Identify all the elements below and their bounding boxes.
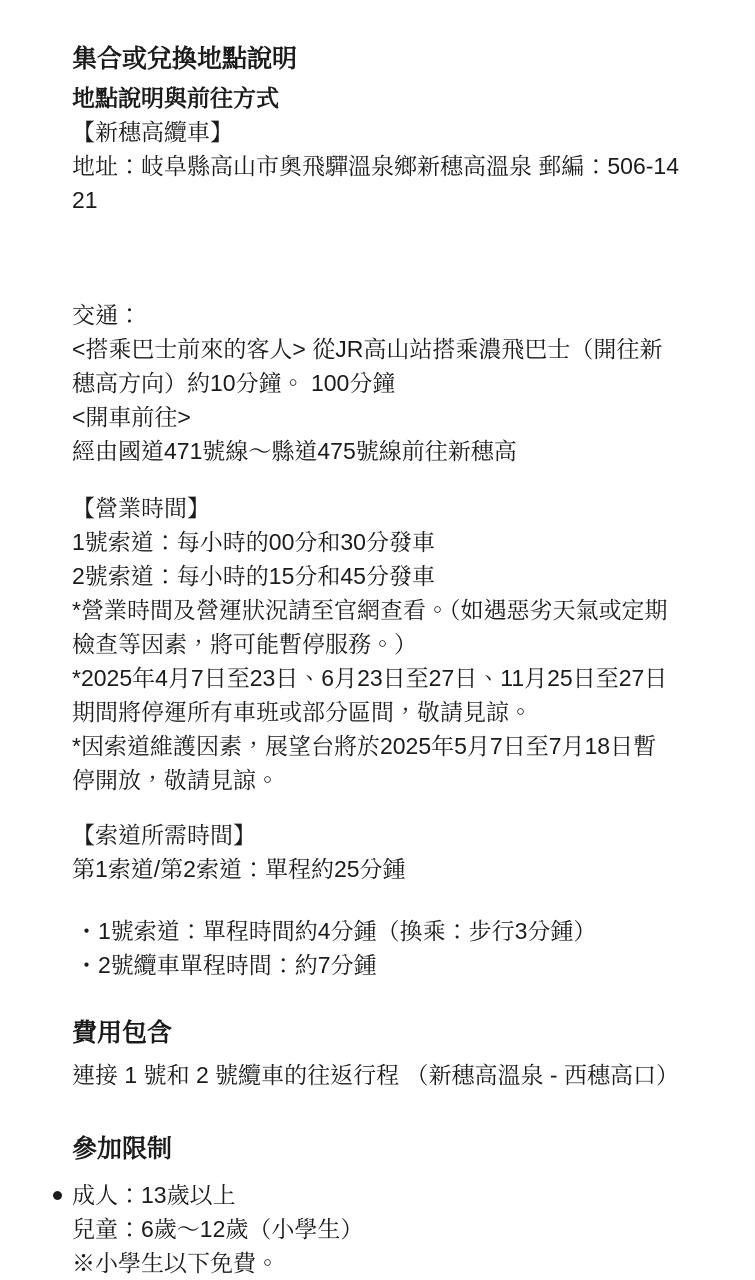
ropeway-duration-paragraph: 【索道所需時間】 第1索道/第2索道：單程約25分鍾 — [72, 818, 755, 886]
location-heading: 地點說明與前往方式 — [72, 81, 755, 115]
fee-included-heading: 費用包含 — [72, 1016, 755, 1050]
meeting-point-info-page: 集合或兌換地點說明 地點說明與前往方式 【新穗高纜車】 地址：岐阜縣高山市奧飛驒… — [0, 0, 755, 1280]
restriction-list: 成人：13歲以上 兒童：6歲〜12歲（小學生） ※小學生以下免費。 — [72, 1178, 755, 1280]
page-title: 集合或兌換地點說明 — [72, 42, 755, 76]
fee-included-body: 連接 1 號和 2 號纜車的往返行程 （新穗高溫泉 - 西穗高口） — [72, 1058, 755, 1092]
business-hours-paragraph: 【營業時間】 1號索道：每小時的00分和30分發車 2號索道：每小時的15分和4… — [72, 491, 755, 797]
ropeway-notes-paragraph: ・1號索道：單程時間約4分鍾（換乘：步行3分鍾） ・2號纜車單程時間：約7分鍾 — [72, 914, 755, 982]
traffic-paragraph: 交通： <搭乘巴士前來的客人> 從JR高山站搭乘濃飛巴士（開往新 穗高方向）約1… — [72, 298, 755, 468]
restriction-list-item: 成人：13歲以上 兒童：6歲〜12歲（小學生） ※小學生以下免費。 — [72, 1178, 755, 1280]
participation-restriction-heading: 參加限制 — [72, 1132, 755, 1166]
venue-address-paragraph: 【新穗高纜車】 地址：岐阜縣高山市奧飛驒溫泉鄉新穗高溫泉 郵編：506-14 2… — [72, 115, 755, 217]
